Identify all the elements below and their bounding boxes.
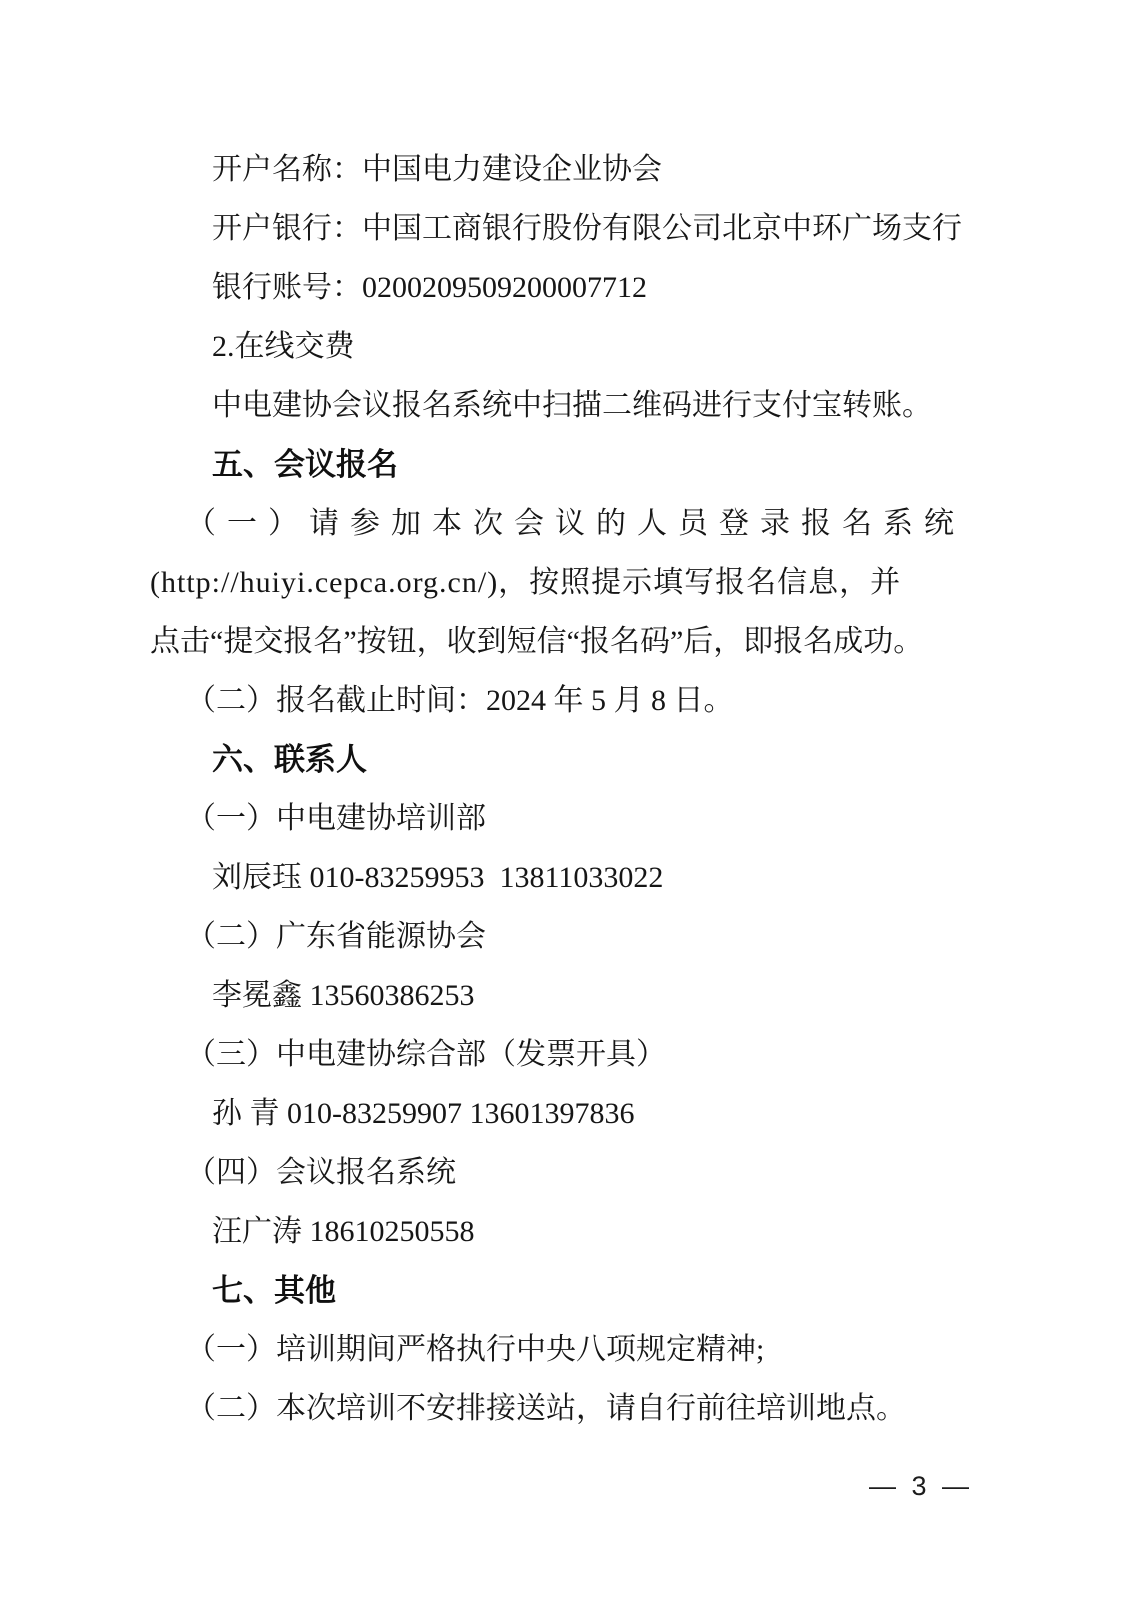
line-online-payment-desc: 中电建协会议报名系统中扫描二维码进行支付宝转账。 (150, 376, 981, 435)
document-page: 开户名称：中国电力建设企业协会 开户银行：中国工商银行股份有限公司北京中环广场支… (0, 0, 1131, 1600)
section-heading-contacts: 六、联系人 (150, 730, 981, 789)
line-bank-account-number: 银行账号：0200209509200007712 (150, 258, 981, 317)
line-contact-li-mianxin: 李冕鑫 13560386253 (150, 966, 981, 1025)
line-contact-dept-guangdong: （二）广东省能源协会 (150, 907, 981, 966)
line-other-rule1: （一）培训期间严格执行中央八项规定精神; (150, 1320, 981, 1379)
line-contact-dept-training: （一）中电建协培训部 (150, 789, 981, 848)
section-heading-registration: 五、会议报名 (150, 435, 981, 494)
page-number: — 3 — (869, 1466, 973, 1506)
section-heading-others: 七、其他 (150, 1261, 981, 1320)
line-contact-liu-chenjue: 刘辰珏 010-83259953 13811033022 (150, 848, 981, 907)
line-contact-dept-general: （三）中电建协综合部（发票开具） (150, 1025, 981, 1084)
line-registration-submit: 点击“提交报名”按钮，收到短信“报名码”后，即报名成功。 (150, 612, 981, 671)
line-registration-url: (http://huiyi.cepca.org.cn/)，按照提示填写报名信息，… (150, 553, 981, 612)
line-contact-wang-guangtao: 汪广涛 18610250558 (150, 1202, 981, 1261)
line-registration-step1: （一）请参加本次会议的人员登录报名系统 (150, 494, 981, 553)
line-online-payment-label: 2.在线交费 (150, 317, 981, 376)
line-registration-deadline: （二）报名截止时间：2024 年 5 月 8 日。 (150, 671, 981, 730)
line-contact-dept-system: （四）会议报名系统 (150, 1143, 981, 1202)
line-account-name: 开户名称：中国电力建设企业协会 (150, 140, 981, 199)
line-other-rule2: （二）本次培训不安排接送站，请自行前往培训地点。 (150, 1379, 981, 1438)
line-contact-sun-qing: 孙 青 010-83259907 13601397836 (150, 1084, 981, 1143)
line-bank-name: 开户银行：中国工商银行股份有限公司北京中环广场支行 (150, 199, 981, 258)
